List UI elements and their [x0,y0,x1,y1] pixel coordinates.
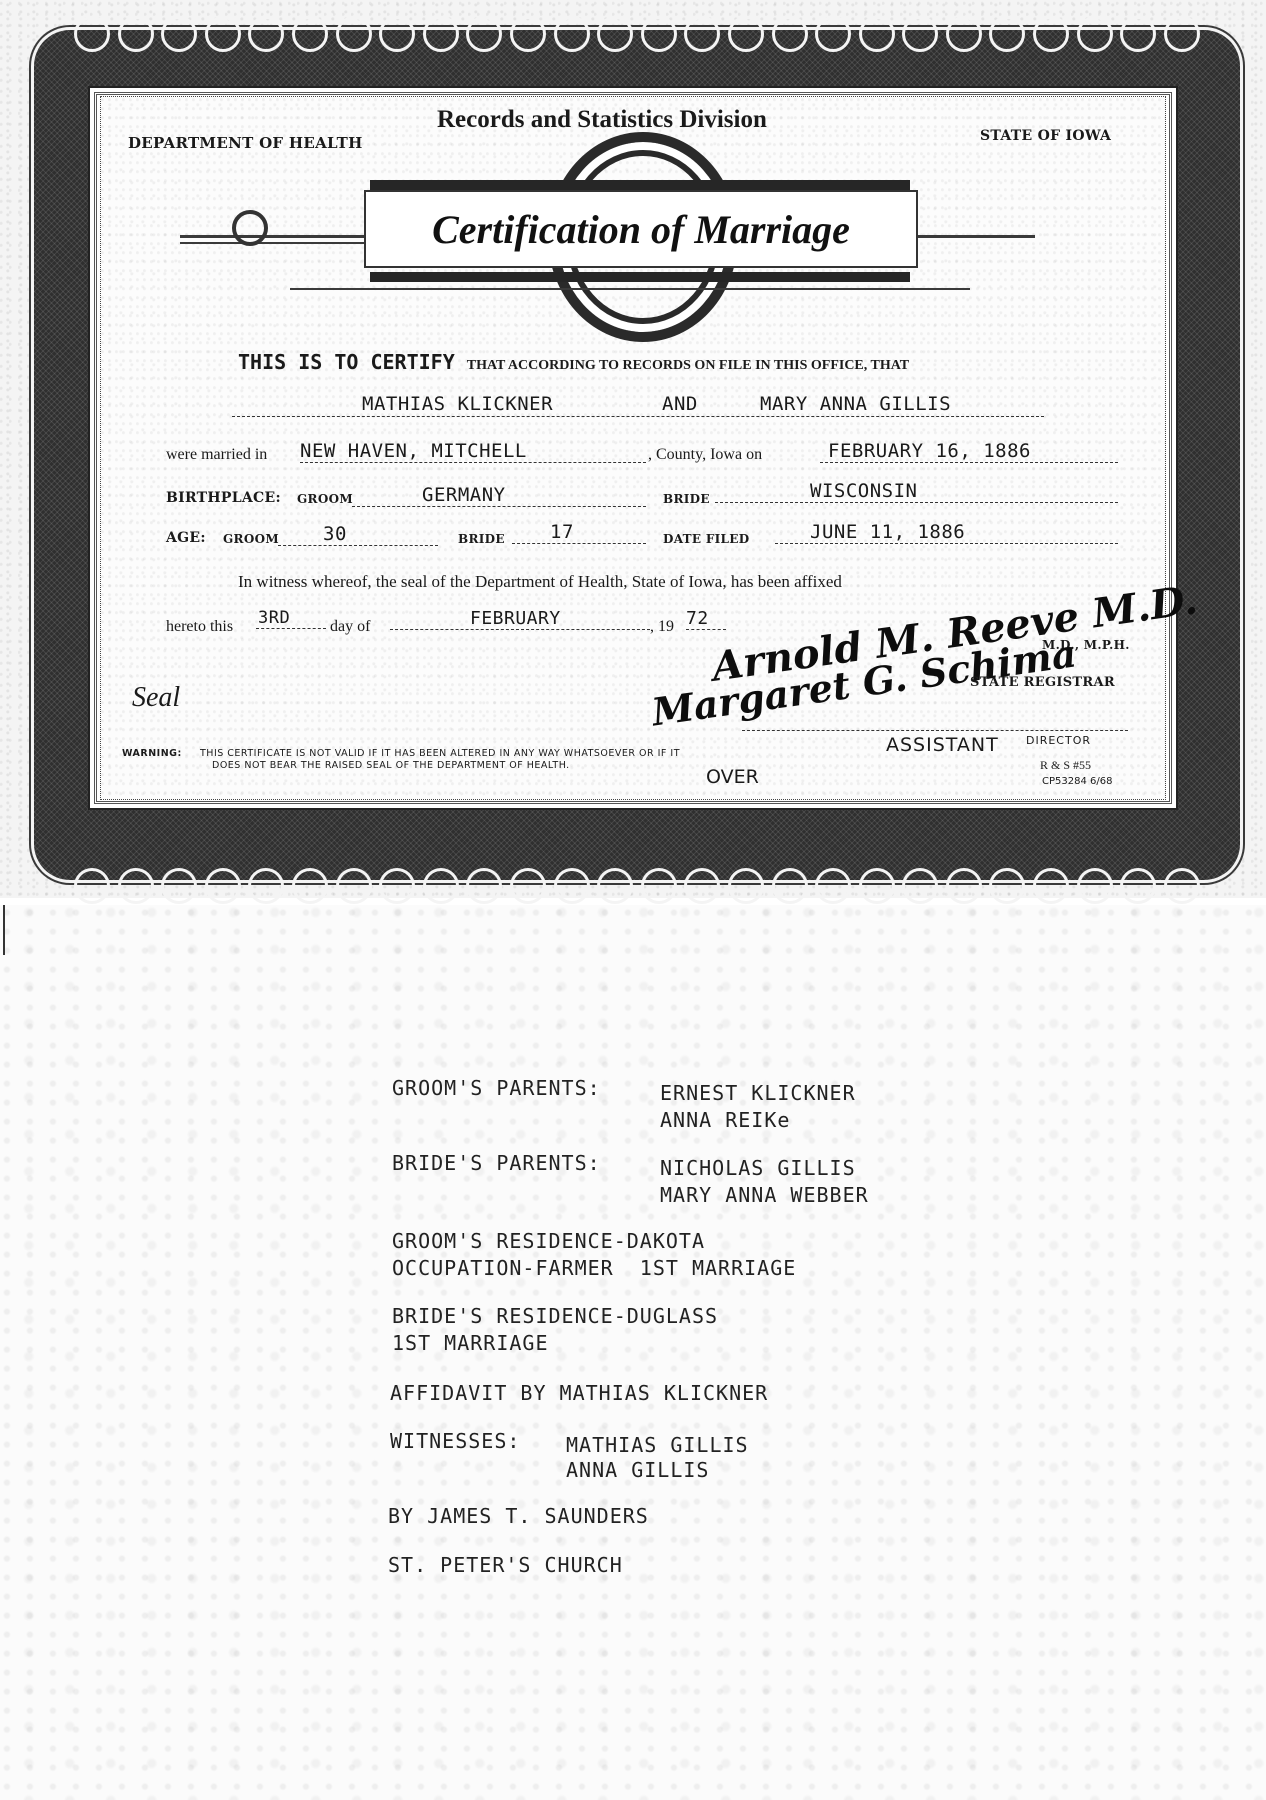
date-filed: JUNE 11, 1886 [775,521,1118,544]
county-label: , County, Iowa on [648,446,762,464]
banner-rule-top [370,180,910,190]
age-bride: 17 [512,521,646,544]
parties-line: MATHIAS KLICKNER AND MARY ANNA GILLIS [232,393,1044,417]
bride-father: NICHOLAS GILLIS [660,1155,856,1182]
witness-first: MATHIAS GILLIS [566,1432,749,1459]
warning-label: WARNING: [122,748,182,759]
age-bride-label: BRIDE [458,532,505,546]
division-heading: Records and Statistics Division [437,106,767,134]
year-prefix: , 19 [650,618,674,636]
seal-label: Seal [132,682,180,714]
witness-second: ANNA GILLIS [566,1457,709,1484]
birthplace-groom: GERMANY [352,484,646,507]
year-suffix: 72 [686,608,726,630]
scroll-swirl-left-icon [232,210,268,246]
officiant: BY JAMES T. SAUNDERS [388,1503,649,1530]
state-label: STATE OF IOWA [980,128,1111,144]
certify-rest: THAT ACCORDING TO RECORDS ON FILE IN THI… [467,358,909,373]
age-groom: 30 [278,523,438,546]
groom-parents-label: GROOM'S PARENTS: [392,1075,601,1102]
church: ST. PETER'S CHURCH [388,1552,623,1579]
border-scallops-bottom [74,868,1200,894]
marriage-date: FEBRUARY 16, 1886 [820,440,1118,463]
warning-line-2: DOES NOT BEAR THE RAISED SEAL OF THE DEP… [212,760,570,771]
day-of-label: day of [330,618,370,636]
certificate-page-back [0,905,1266,1800]
bride-mother: MARY ANNA WEBBER [660,1182,869,1209]
witnesses-label: WITNESSES: [390,1428,520,1455]
over-label: OVER [706,766,759,788]
affidavit: AFFIDAVIT BY MATHIAS KLICKNER [390,1380,768,1407]
groom-mother: ANNA REIKe [660,1107,790,1134]
month-value: FEBRUARY [390,608,650,630]
bride-parents-label: BRIDE'S PARENTS: [392,1150,601,1177]
title-banner: Certification of Marriage [364,190,918,268]
signature-line [742,730,1128,731]
witness-statement: In witness whereof, the seal of the Depa… [238,572,842,592]
groom-name: MATHIAS KLICKNER [362,393,553,415]
marriage-place: NEW HAVEN, MITCHELL [300,440,646,463]
birthplace-bride-label: BRIDE [663,492,710,506]
date-filed-label: DATE FILED [663,532,749,546]
age-groom-label: GROOM [223,532,279,546]
and-word: AND [662,393,698,415]
assistant-label: ASSISTANT [886,734,999,756]
birthplace-groom-label: GROOM [297,492,353,506]
bride-marriage-count: 1ST MARRIAGE [392,1330,549,1357]
day-value: 3RD [256,608,326,629]
form-code: CP53284 6/68 [1042,776,1112,787]
bride-residence: BRIDE'S RESIDENCE-DUGLASS [392,1303,718,1330]
birthplace-label: BIRTHPLACE: [166,490,281,506]
banner-left-rule-2 [180,242,370,244]
hereto-label: hereto this [166,618,233,636]
groom-occupation: OCCUPATION-FARMER 1ST MARRIAGE [392,1255,796,1282]
bride-name: MARY ANNA GILLIS [760,393,951,415]
director-label: DIRECTOR [1026,734,1091,747]
birthplace-bride: WISCONSIN [715,480,1118,503]
department-label: DEPARTMENT OF HEALTH [128,134,363,152]
age-label: AGE: [166,530,206,546]
form-number: R & S #55 [1040,758,1091,773]
page-edge-mark [3,905,5,955]
border-scallops-top [74,16,1200,42]
groom-residence: GROOM'S RESIDENCE-DAKOTA [392,1228,705,1255]
certificate-title: Certification of Marriage [432,206,850,253]
banner-rule-bottom [370,272,910,282]
warning-line-1: THIS CERTIFICATE IS NOT VALID IF IT HAS … [200,748,680,759]
certify-line: THIS IS TO CERTIFY THAT ACCORDING TO REC… [238,350,909,374]
married-in-label: were married in [166,446,267,464]
banner-under-rule [290,288,970,290]
banner-right-rule [915,235,1035,238]
groom-father: ERNEST KLICKNER [660,1080,856,1107]
registrar-title: STATE REGISTRAR [970,675,1115,690]
certify-lead: THIS IS TO CERTIFY [238,350,455,374]
banner-left-rule [180,235,370,238]
